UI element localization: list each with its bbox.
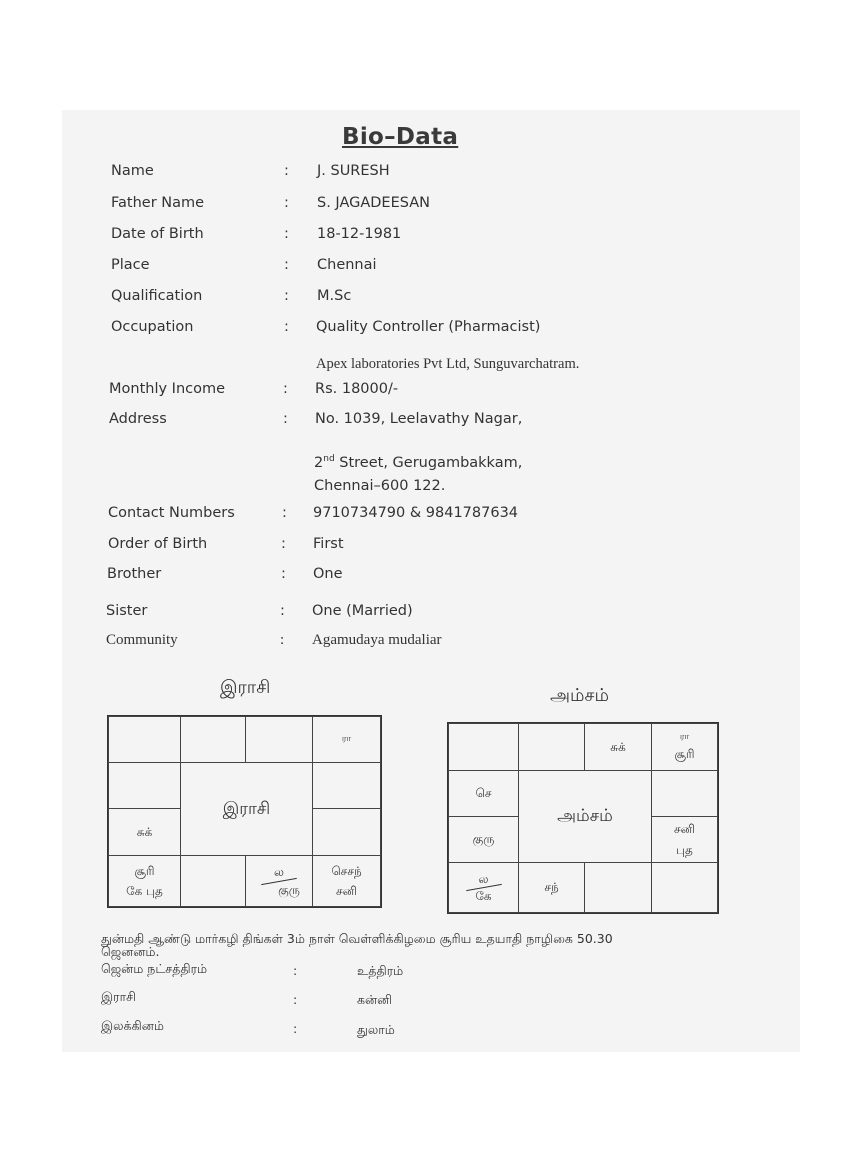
field-label: Sister <box>106 603 147 619</box>
rasi-cell-right-2 <box>312 762 381 809</box>
rasi-cell-left-2 <box>108 762 181 809</box>
field-label: Occupation <box>111 319 193 335</box>
field-order-of-birth: Order of Birth : First <box>0 536 850 560</box>
rasi-chart-title: இராசி <box>220 677 270 700</box>
amsam-cell-left-3: குரு <box>448 816 519 863</box>
rasi-cell-top-3 <box>245 716 313 763</box>
field-colon: : <box>283 411 288 427</box>
field-colon: : <box>282 505 287 521</box>
field-place: Place : Chennai <box>0 257 850 281</box>
rasi-center-label: இராசி <box>223 795 271 824</box>
planet-label: குரு <box>278 883 300 897</box>
amsam-cell-bottom-4 <box>651 862 718 913</box>
lagnam-value: துலாம் <box>357 1022 395 1039</box>
field-value: Rs. 18000/- <box>315 381 398 397</box>
planet-label: புத <box>676 840 693 860</box>
field-colon: : <box>281 566 286 582</box>
rasi-cell-top-1 <box>108 716 181 763</box>
rasi-cell-bottom-2 <box>180 855 246 907</box>
rasi-cell-bottom-1: சூரி கே புத <box>108 855 181 907</box>
address-suffix: nd <box>323 454 334 464</box>
amsam-cell-right-3: சனி புத <box>651 816 718 863</box>
amsam-center: அம்சம் <box>518 770 652 863</box>
field-label: Address <box>109 411 167 427</box>
field-label: Order of Birth <box>108 536 207 552</box>
field-label: Contact Numbers <box>108 505 235 521</box>
field-value: First <box>313 536 344 552</box>
address-number: 2 <box>314 455 323 471</box>
field-colon: : <box>283 381 288 397</box>
field-value: S. JAGADEESAN <box>317 195 430 211</box>
rasi-cell-bottom-3: ல குரு <box>245 855 313 907</box>
rasi-cell-right-3 <box>312 808 381 856</box>
planet-label: கே <box>475 889 491 903</box>
planet-label: ல <box>274 865 284 879</box>
rasi-value: கன்னி <box>357 992 392 1009</box>
lagnam-label: இலக்கினம் <box>101 1018 164 1035</box>
rasi-label: இராசி <box>101 989 136 1006</box>
address-line-3: Chennai–600 122. <box>314 478 445 494</box>
planet-label: சனி <box>674 819 695 839</box>
field-value: One <box>313 566 343 582</box>
field-name: Name : J. SURESH <box>0 163 850 187</box>
amsam-cell-top-3: சுக் <box>584 723 652 771</box>
amsam-cell-bottom-2: சந் <box>518 862 585 913</box>
address-street: Street, Gerugambakkam, <box>335 455 523 471</box>
field-label: Name <box>111 163 154 179</box>
planet-label: ரா <box>680 731 689 745</box>
field-label: Place <box>111 257 150 273</box>
occupation-employer: Apex laboratories Pvt Ltd, Sunguvarchatr… <box>316 356 579 373</box>
field-value: One (Married) <box>312 603 413 619</box>
field-label: Brother <box>107 566 161 582</box>
birth-note-line-1: துன்மதி ஆண்டு மார்கழி திங்கள் 3ம் நாள் வ… <box>101 931 613 948</box>
field-colon: : <box>280 603 285 619</box>
amsam-cell-bottom-1: ல கே <box>448 862 519 913</box>
planet-label: சூரி <box>134 861 154 881</box>
birth-star-colon: : <box>293 963 297 978</box>
lagnam-colon: : <box>293 1021 297 1036</box>
field-contact-numbers: Contact Numbers : 9710734790 & 984178763… <box>0 505 850 529</box>
field-colon: : <box>284 226 289 242</box>
field-brother: Brother : One <box>0 566 850 590</box>
field-value: J. SURESH <box>317 163 390 179</box>
planet-label: கே புத <box>126 881 163 901</box>
amsam-chart-title: அம்சம் <box>550 685 609 708</box>
amsam-cell-top-1 <box>448 723 519 771</box>
amsam-cell-bottom-3 <box>584 862 652 913</box>
rasi-colon: : <box>293 992 297 1007</box>
rasi-center: இராசி <box>180 762 313 856</box>
planet-label: செ <box>476 783 492 803</box>
planet-label: குரு <box>473 829 495 849</box>
birth-note-line-2: ஜெனனம். <box>101 944 159 961</box>
rasi-chart: ரா சுக் இராசி சூரி கே புத ல குரு செசந் ச… <box>107 715 382 908</box>
amsam-cell-top-4: ரா சூரி <box>651 723 718 771</box>
address-line-2: 2nd Street, Gerugambakkam, <box>314 454 522 471</box>
field-colon: : <box>284 195 289 211</box>
planet-label: செசந் <box>331 861 361 881</box>
field-colon: : <box>284 288 289 304</box>
planet-label: சனி <box>336 881 357 901</box>
field-community: Community : Agamudaya mudaliar <box>0 632 850 656</box>
field-value: Quality Controller (Pharmacist) <box>316 319 540 335</box>
amsam-cell-left-2: செ <box>448 770 519 817</box>
field-father-name: Father Name : S. JAGADEESAN <box>0 195 850 219</box>
field-date-of-birth: Date of Birth : 18-12-1981 <box>0 226 850 250</box>
document-title: Bio–Data <box>342 124 458 150</box>
field-value: 9710734790 & 9841787634 <box>313 505 518 521</box>
field-colon: : <box>284 319 289 335</box>
field-label: Father Name <box>111 195 204 211</box>
field-label: Qualification <box>111 288 202 304</box>
field-value: 18-12-1981 <box>317 226 401 242</box>
amsam-center-label: அம்சம் <box>557 802 613 831</box>
rasi-cell-bottom-4: செசந் சனி <box>312 855 381 907</box>
field-monthly-income: Monthly Income : Rs. 18000/- <box>0 381 850 405</box>
amsam-cell-top-2 <box>518 723 585 771</box>
planet-label: சந் <box>544 877 558 897</box>
birth-star-value: உத்திரம் <box>357 963 403 980</box>
field-occupation: Occupation : Quality Controller (Pharmac… <box>0 319 850 343</box>
planet-label: ரா <box>342 732 351 747</box>
planet-label: சுக் <box>137 822 153 842</box>
field-sister: Sister : One (Married) <box>0 603 850 627</box>
field-value: M.Sc <box>317 288 351 304</box>
field-value: Chennai <box>317 257 377 273</box>
field-label: Community <box>106 632 178 649</box>
amsam-chart: சுக் ரா சூரி செ குரு அம்சம் சனி புத ல கே… <box>447 722 719 914</box>
rasi-cell-left-3: சுக் <box>108 808 181 856</box>
planet-label: சூரி <box>674 745 694 763</box>
field-label: Monthly Income <box>109 381 225 397</box>
field-colon: : <box>284 257 289 273</box>
birth-star-label: ஜென்ம நட்சத்திரம் <box>101 961 207 978</box>
field-colon: : <box>281 536 286 552</box>
field-address: Address : No. 1039, Leelavathy Nagar, <box>0 411 850 435</box>
field-value: No. 1039, Leelavathy Nagar, <box>315 411 522 427</box>
field-value: Agamudaya mudaliar <box>312 632 442 649</box>
planet-label: ல <box>479 872 489 886</box>
planet-label: சுக் <box>610 737 626 757</box>
field-colon: : <box>284 163 289 179</box>
amsam-cell-right-2 <box>651 770 718 817</box>
field-label: Date of Birth <box>111 226 204 242</box>
field-colon: : <box>280 632 284 649</box>
field-qualification: Qualification : M.Sc <box>0 288 850 312</box>
rasi-cell-top-2 <box>180 716 246 763</box>
rasi-cell-top-4: ரா <box>312 716 381 763</box>
